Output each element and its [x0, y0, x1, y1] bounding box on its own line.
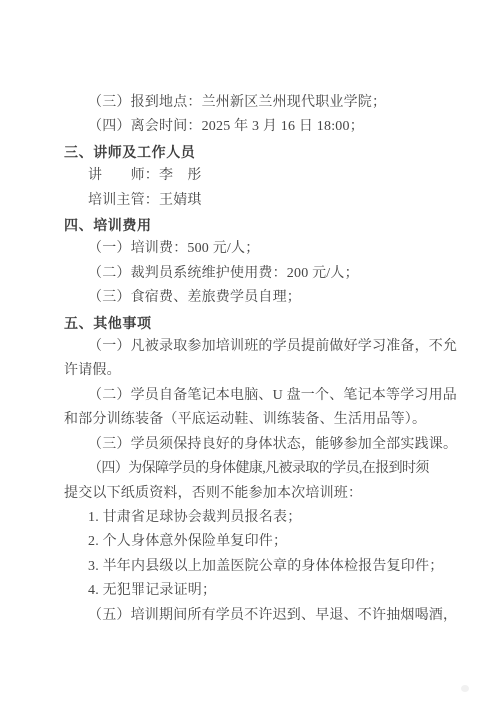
text-line-2: （四）离会时间：2025 年 3 月 16 日 18:00；: [88, 115, 500, 139]
text-line-12: 许请假。: [64, 359, 500, 383]
scan-artifact: [461, 685, 469, 692]
text-line-17: 提交以下纸质资料，否则不能参加本次培训班：: [64, 482, 500, 506]
text-line-8: （二）裁判员系统维护使用费：200 元/人；: [88, 262, 500, 286]
text-line-6: 四、培训费用: [64, 213, 500, 237]
text-line-11: （一）凡被录取参加培训班的学员提前做好学习准备，不允: [88, 335, 500, 359]
text-line-14: 和部分训练装备（平底运动鞋、训练装备、生活用品等）。: [64, 408, 500, 432]
text-line-5: 培训主管：王婧琪: [88, 189, 500, 213]
text-line-3: 三、讲师及工作人员: [64, 140, 500, 164]
text-line-16: （四）为保障学员的身体健康,凡被录取的学员,在报到时须: [88, 457, 500, 481]
text-line-18: 1. 甘肃省足球协会裁判员报名表；: [88, 506, 500, 530]
text-line-20: 3. 半年内县级以上加盖医院公章的身体体检报告复印件；: [88, 555, 500, 579]
text-line-22: （五）培训期间所有学员不许迟到、早退、不许抽烟喝酒，: [88, 604, 500, 628]
text-line-9: （三）食宿费、差旅费学员自理；: [88, 286, 500, 310]
text-line-4: 讲 师：李 彤: [88, 164, 500, 188]
text-line-13: （二）学员自备笔记本电脑、U 盘一个、笔记本等学习用品: [88, 384, 500, 408]
text-line-19: 2. 个人身体意外保险单复印件；: [88, 530, 500, 554]
text-line-15: （三）学员须保持良好的身体状态，能够参加全部实践课。: [88, 433, 500, 457]
text-line-21: 4. 无犯罪记录证明；: [88, 579, 500, 603]
document-page: （三）报到地点：兰州新区兰州现代职业学院；（四）离会时间：2025 年 3 月 …: [0, 0, 500, 707]
text-line-1: （三）报到地点：兰州新区兰州现代职业学院；: [88, 91, 500, 115]
text-line-7: （一）培训费：500 元/人；: [88, 237, 500, 261]
text-line-10: 五、其他事项: [64, 311, 500, 335]
document-body: （三）报到地点：兰州新区兰州现代职业学院；（四）离会时间：2025 年 3 月 …: [0, 91, 500, 628]
